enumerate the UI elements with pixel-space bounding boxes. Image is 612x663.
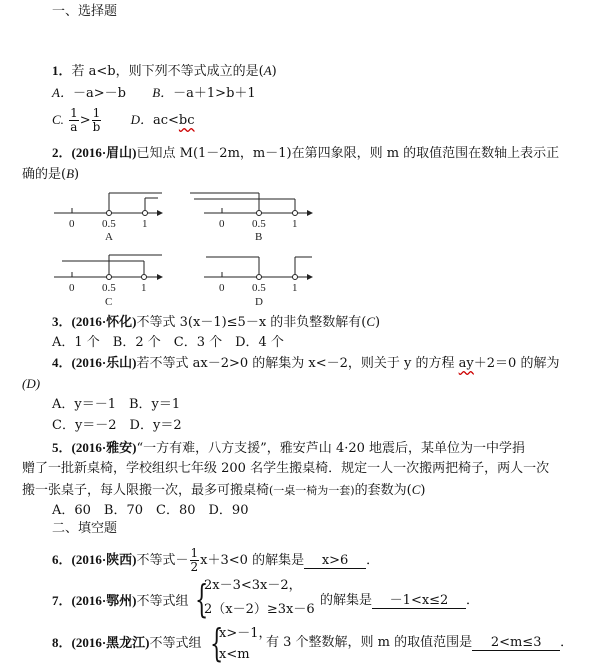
answer: (D): [22, 376, 40, 392]
svg-text:0: 0: [219, 282, 225, 294]
question-stem: 若不等式 ax－2>0 的解集为 x<－2，则关于 y 的方程: [137, 356, 459, 371]
svg-text:B: B: [255, 231, 262, 243]
svg-text:C: C: [105, 296, 112, 308]
question-1-options-cd: C. 1a>1b D．ac<bc: [52, 106, 195, 135]
question-stem: 不等式 3(x－1)≤5－x 的非负整数解有(: [137, 315, 367, 330]
svg-text:0: 0: [219, 218, 225, 230]
question-5-line2: 赠了一批新桌椅，学校组织七年级 200 名学生搬桌椅．规定一人一次搬两把椅子，两…: [22, 461, 549, 477]
question-source: (2016·黑龙江): [72, 635, 150, 650]
system-line-2: x<m: [219, 647, 250, 663]
answer: B: [66, 166, 74, 181]
option-b-label: B．: [152, 85, 173, 100]
svg-text:0: 0: [69, 218, 75, 230]
question-number: 2．: [52, 145, 72, 160]
answer-blank: 2<m≤3: [472, 635, 560, 651]
denominator: 2: [190, 561, 200, 574]
answer: C: [366, 314, 375, 329]
question-stem: 已知点 M(1－2m，m－1)在第四象限，则 m 的取值范围在数轴上表示正: [137, 146, 560, 161]
question-1: 1．若 a<b，则下列不等式成立的是(A): [52, 63, 277, 80]
question-stem-end: 的套数为(: [355, 483, 412, 498]
numerator: 1: [190, 547, 200, 561]
option-d-text: ac<: [153, 113, 179, 128]
question-1-options-ab: A．－a>－b B．－a＋1>b＋1: [52, 85, 256, 102]
relation: >: [80, 113, 91, 128]
option-c-label: C.: [52, 112, 64, 127]
fraction-1-over-b: 1b: [92, 107, 102, 134]
question-3-options: A．1 个 B．2 个 C．3 个 D．4 个: [52, 335, 284, 351]
paren-close: ): [420, 483, 425, 498]
option-a-label: A．: [52, 85, 73, 100]
svg-text:0.5: 0.5: [252, 282, 266, 294]
number-line-b: 00.51 B: [190, 193, 312, 243]
system-line-1: 2x－3<3x－2，: [204, 578, 302, 594]
answer-blank: x>6: [304, 553, 366, 569]
question-stem: “一方有难，八方支援”，雅安芦山 4·20 地震后，某单位为一中学捐: [137, 441, 526, 456]
question-number: 7．: [52, 593, 72, 608]
paren-close: ): [272, 64, 277, 79]
question-number: 5．: [52, 440, 72, 455]
numerator: 1: [69, 107, 79, 121]
question-5-line3: 搬一张桌子，每人限搬一次，最多可搬桌椅(一桌一椅为一套)的套数为(C): [22, 482, 425, 499]
number-line-figures: 00.51 A 00.51 B 00.51 C 00.51 D: [40, 190, 330, 312]
question-number: 6．: [52, 552, 72, 567]
question-4-options-cd: C．y＝－2 D．y＝2: [52, 418, 182, 434]
option-d-label: D．: [131, 112, 153, 127]
denominator: b: [92, 121, 102, 134]
svg-text:1: 1: [292, 218, 298, 230]
question-stem: 不等式组: [137, 594, 189, 609]
question-source: (2016·雅安): [72, 440, 137, 455]
question-4: 4．(2016·乐山)若不等式 ax－2>0 的解集为 x<－2，则关于 y 的…: [52, 355, 559, 372]
question-2-line2: 确的是(B): [22, 166, 79, 183]
question-source: (2016·乐山): [72, 355, 137, 370]
question-3: 3．(2016·怀化)不等式 3(x－1)≤5－x 的非负整数解有(C): [52, 314, 380, 331]
question-source: (2016·陕西): [72, 552, 137, 567]
question-2: 2．(2016·眉山)已知点 M(1－2m，m－1)在第四象限，则 m 的取值范…: [52, 145, 559, 162]
question-number: 1．: [52, 63, 72, 78]
question-number: 8．: [52, 635, 72, 650]
question-6: 6．(2016·陕西)不等式－12x＋3<0 的解集是x>6．: [52, 545, 379, 576]
question-number: 4．: [52, 355, 72, 370]
fraction-one-half: 12: [190, 547, 200, 574]
svg-text:D: D: [255, 296, 263, 308]
spellcheck-underline: bc: [179, 113, 195, 128]
svg-text:0.5: 0.5: [102, 282, 116, 294]
period: ．: [560, 635, 573, 650]
denominator: a: [69, 121, 79, 134]
question-stem-cont: 搬一张桌子，每人限搬一次，最多可搬桌椅: [22, 483, 269, 498]
question-source: (2016·眉山): [72, 145, 137, 160]
section-title-choice: 一、选择题: [52, 4, 117, 20]
svg-text:1: 1: [142, 218, 148, 230]
question-8: 8．(2016·黑龙江)不等式组: [52, 635, 202, 652]
svg-text:A: A: [105, 231, 113, 243]
section-title-fill: 二、填空题: [52, 521, 117, 537]
question-stem: 不等式组: [150, 636, 202, 651]
question-8-tail: 有 3 个整数解，则 m 的取值范围是2<m≤3．: [266, 635, 573, 651]
question-7: 7．(2016·鄂州)不等式组: [52, 593, 189, 610]
question-source: (2016·怀化): [72, 314, 137, 329]
fraction-1-over-a: 1a: [69, 107, 79, 134]
answer: A: [264, 63, 272, 78]
question-4-options-ab: A．y＝－1 B．y＝1: [52, 397, 180, 413]
question-stem-cont: x＋3<0 的解集是: [200, 553, 304, 568]
svg-text:0.5: 0.5: [252, 218, 266, 230]
question-number: 3．: [52, 314, 72, 329]
paren-close: ): [375, 315, 380, 330]
system-line-1: x>－1，: [219, 626, 272, 642]
option-a-text: －a>－b: [73, 86, 126, 101]
number-line-d: 00.51 D: [204, 257, 312, 308]
question-7-tail: 的解集是－1<x≤2．: [320, 593, 479, 609]
question-5: 5．(2016·雅安)“一方有难，八方支援”，雅安芦山 4·20 地震后，某单位…: [52, 440, 525, 457]
svg-text:1: 1: [292, 282, 298, 294]
question-5-options: A．60 B．70 C．80 D．90: [52, 503, 248, 519]
number-line-c: 00.51 C: [54, 255, 162, 308]
spellcheck-underline: ay: [459, 356, 474, 371]
question-stem-cont: 有 3 个整数解，则 m 的取值范围是: [266, 635, 472, 650]
question-stem: 不等式－: [137, 553, 189, 568]
number-line-a: 00.51 A: [54, 193, 162, 243]
period: ．: [466, 593, 479, 608]
answer-blank: －1<x≤2: [372, 593, 466, 609]
question-stem-cont: 的解集是: [320, 593, 372, 608]
paren-close: ): [74, 167, 79, 182]
question-stem-cont: ＋2＝0 的解为: [474, 356, 560, 371]
option-b-text: －a＋1>b＋1: [173, 86, 256, 101]
svg-text:1: 1: [141, 282, 147, 294]
note: (一桌一椅为一套): [269, 484, 355, 497]
svg-text:0.5: 0.5: [102, 218, 116, 230]
svg-text:0: 0: [69, 282, 75, 294]
numerator: 1: [92, 107, 102, 121]
question-source: (2016·鄂州): [72, 593, 137, 608]
system-line-2: 2（x－2）≥3x－6: [204, 602, 315, 618]
period: ．: [366, 553, 379, 568]
question-stem-cont: 确的是(: [22, 167, 66, 182]
question-stem: 若 a<b，则下列不等式成立的是(: [72, 64, 264, 79]
